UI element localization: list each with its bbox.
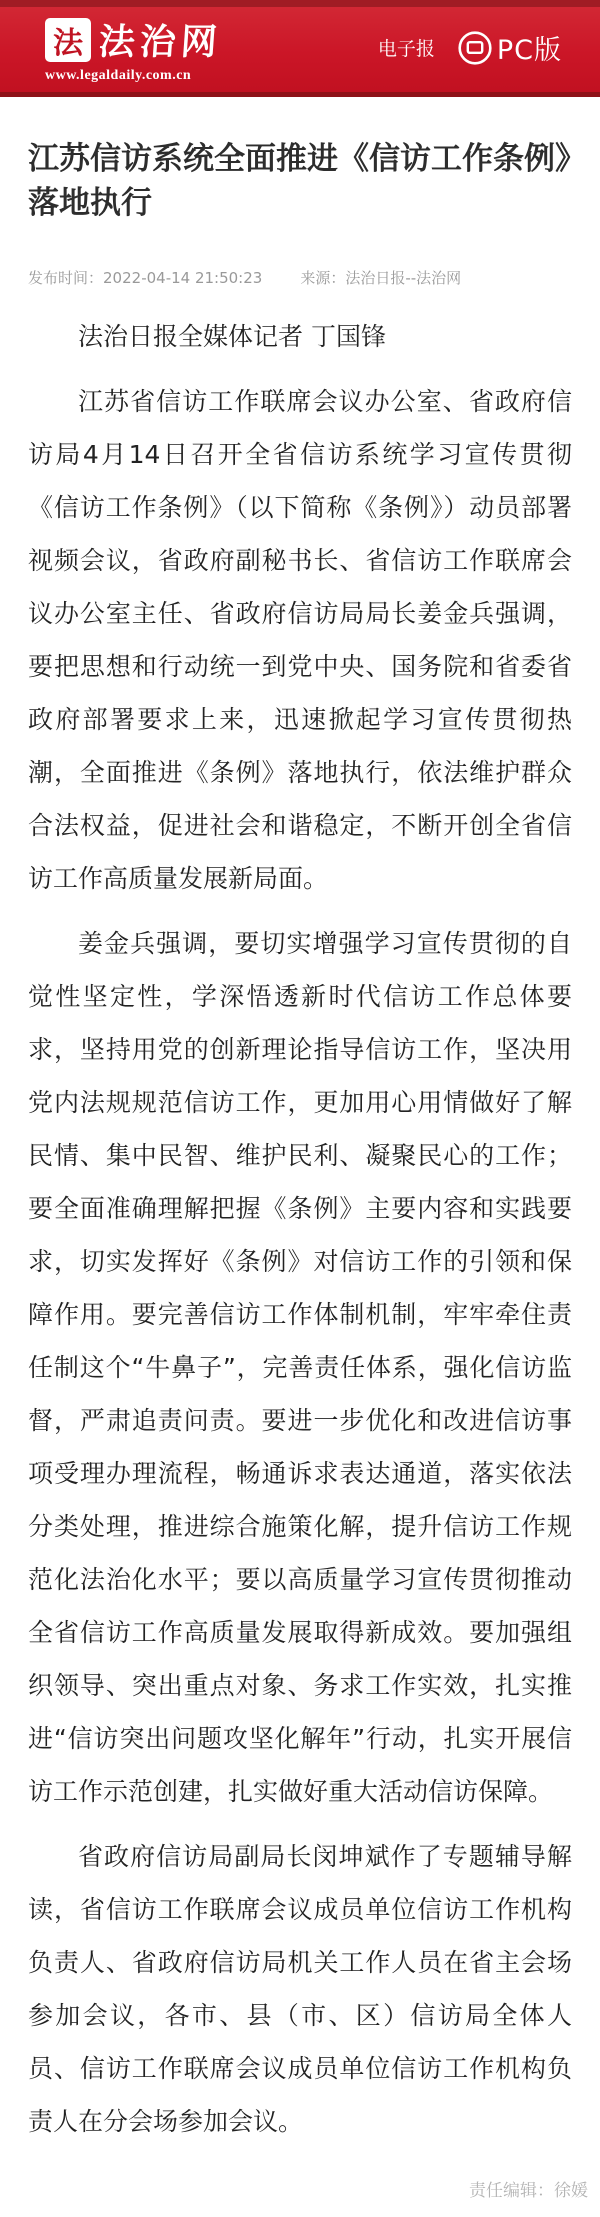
site-name: 法治网 (97, 14, 224, 65)
article-paragraph: 江苏省信访工作联席会议办公室、省政府信访局4月14日召开全省信访系统学习宣传贯彻… (28, 375, 572, 905)
header-top-strip (0, 0, 600, 7)
article-paragraph-author: 法治日报全媒体记者 丁国锋 (28, 310, 572, 363)
header-bottom-strip (0, 92, 600, 97)
pc-version-link[interactable]: PC版 (457, 28, 562, 67)
article-source: 来源：法治日报--法治网 (300, 267, 461, 288)
header-links: 电子报 PC版 (378, 28, 562, 67)
epaper-link[interactable]: 电子报 (378, 34, 435, 61)
pc-monitor-icon (457, 30, 493, 66)
source-value: 法治日报--法治网 (345, 269, 461, 287)
editor-credit: 责任编辑：徐媛 (0, 2176, 600, 2217)
article-body: 法治日报全媒体记者 丁国锋 江苏省信访工作联席会议办公室、省政府信访局4月14日… (28, 310, 572, 2148)
seal-logo-icon: 法 (45, 18, 91, 62)
article-container: 江苏信访系统全面推进《信访工作条例》落地执行 发布时间：2022-04-14 2… (0, 137, 600, 2148)
site-url: www.legaldaily.com.cn (45, 68, 235, 84)
article-paragraph: 省政府信访局副局长闵坤斌作了专题辅导解读，省信访工作联席会议成员单位信访工作机构… (28, 1830, 572, 2148)
article-paragraph: 姜金兵强调，要切实增强学习宣传贯彻的自觉性坚定性，学深悟透新时代信访工作总体要求… (28, 917, 572, 1818)
seal-character: 法 (53, 18, 83, 62)
site-header-banner: 法 法治网 www.legaldaily.com.cn 电子报 PC版 (0, 0, 600, 97)
site-logo[interactable]: 法 法治网 www.legaldaily.com.cn (45, 14, 235, 84)
article-meta: 发布时间：2022-04-14 21:50:23 来源：法治日报--法治网 (28, 267, 572, 288)
article-title: 江苏信访系统全面推进《信访工作条例》落地执行 (28, 137, 572, 225)
publish-time-label: 发布时间： (28, 269, 103, 287)
pc-version-label: PC版 (497, 28, 562, 67)
source-label: 来源： (300, 269, 345, 287)
publish-time-value: 2022-04-14 21:50:23 (103, 269, 262, 287)
publish-time: 发布时间：2022-04-14 21:50:23 (28, 267, 262, 288)
